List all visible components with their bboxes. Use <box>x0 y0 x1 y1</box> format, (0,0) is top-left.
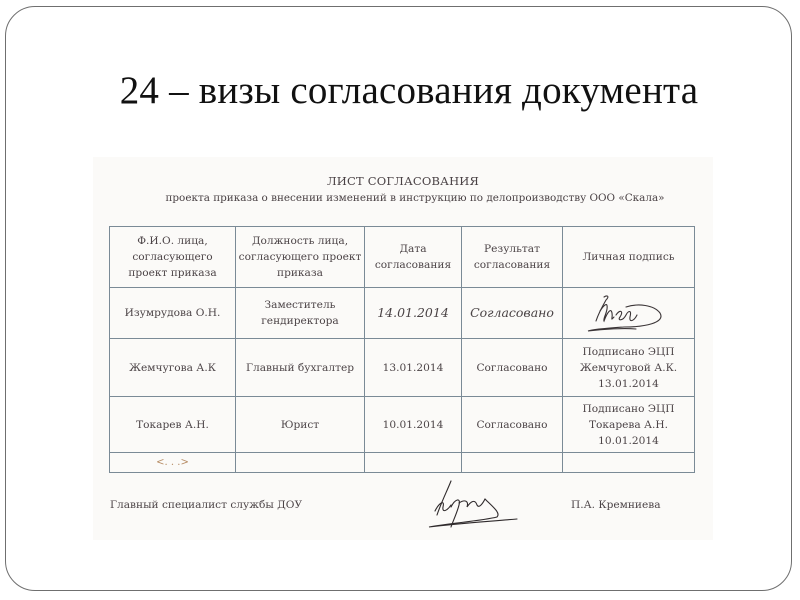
empty-cell <box>365 453 462 473</box>
document-heading: ЛИСТ СОГЛАСОВАНИЯ <box>93 174 713 188</box>
table-row: Токарев А.Н. Юрист 10.01.2014 Согласован… <box>110 397 695 453</box>
slide-title: 24 – визы согласования документа <box>0 68 800 113</box>
cell-name: Жемчугова А.К <box>110 339 236 397</box>
approval-sheet-document: ЛИСТ СОГЛАСОВАНИЯ проекта приказа о внес… <box>93 157 713 540</box>
cell-signature: Подписано ЭЦП Токарева А.Н. 10.01.2014 <box>563 397 695 453</box>
esign-line: Подписано ЭЦП <box>565 401 692 417</box>
esign-line: 13.01.2014 <box>565 376 692 392</box>
table-row: Изумрудова О.Н. Заместитель гендиректора… <box>110 288 695 339</box>
cell-signature: Подписано ЭЦП Жемчуговой А.К. 13.01.2014 <box>563 339 695 397</box>
continuation-marker: <. . .> <box>110 453 236 473</box>
handwritten-signature-icon <box>421 477 521 532</box>
empty-cell <box>563 453 695 473</box>
cell-signature <box>563 288 695 339</box>
header-date: Дата согласования <box>365 227 462 288</box>
header-name: Ф.И.О. лица, согласующего проект приказа <box>110 227 236 288</box>
table-header-row: Ф.И.О. лица, согласующего проект приказа… <box>110 227 695 288</box>
cell-position: Главный бухгалтер <box>236 339 365 397</box>
cell-date: 10.01.2014 <box>365 397 462 453</box>
footer-position: Главный специалист службы ДОУ <box>110 499 302 511</box>
empty-cell <box>236 453 365 473</box>
empty-cell <box>462 453 563 473</box>
footer-name: П.А. Кремниева <box>571 499 661 511</box>
cell-result: Согласовано <box>462 288 563 339</box>
esign-line: Жемчуговой А.К. <box>565 360 692 376</box>
cell-position: Заместитель гендиректора <box>236 288 365 339</box>
cell-position: Юрист <box>236 397 365 453</box>
esign-line: 10.01.2014 <box>565 433 692 449</box>
esign-line: Подписано ЭЦП <box>565 344 692 360</box>
esign-line: Токарева А.Н. <box>565 417 692 433</box>
cell-result: Согласовано <box>462 339 563 397</box>
header-position: Должность лица, согласующего проект прик… <box>236 227 365 288</box>
approval-table: Ф.И.О. лица, согласующего проект приказа… <box>109 226 695 473</box>
header-signature: Личная подпись <box>563 227 695 288</box>
cell-name: Изумрудова О.Н. <box>110 288 236 339</box>
table-row-continuation: <. . .> <box>110 453 695 473</box>
cell-name: Токарев А.Н. <box>110 397 236 453</box>
header-result: Результат согласования <box>462 227 563 288</box>
cell-date: 13.01.2014 <box>365 339 462 397</box>
table-row: Жемчугова А.К Главный бухгалтер 13.01.20… <box>110 339 695 397</box>
handwritten-signature-icon <box>574 291 684 335</box>
cell-date: 14.01.2014 <box>365 288 462 339</box>
cell-result: Согласовано <box>462 397 563 453</box>
document-subheading: проекта приказа о внесении изменений в и… <box>93 192 713 204</box>
